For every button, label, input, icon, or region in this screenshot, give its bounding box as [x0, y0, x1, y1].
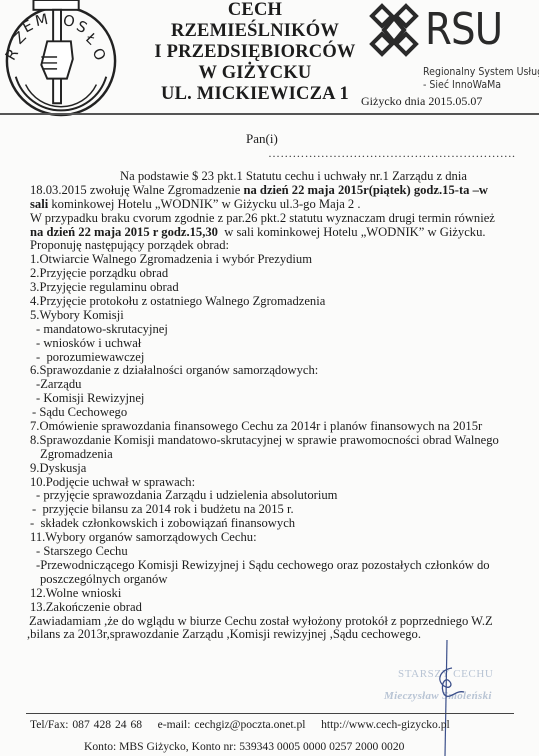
second-term-line-2: na dzień 22 maja 2015 r godz.15,30 w sal…	[30, 226, 530, 240]
agenda-item: - Sądu Cechowego	[30, 406, 530, 420]
document-date: Giżycko dnia 2015.05.07	[361, 94, 482, 109]
agenda-item: 4.Przyjęcie protokołu z ostatniego Walne…	[30, 295, 530, 309]
meeting-date-bold: na dzień 22 maja 2015r(piątek) godz.15-t…	[243, 183, 488, 197]
agenda-item: - przyjęcie bilansu za 2014 rok i budżet…	[30, 503, 530, 517]
rsu-knot-icon	[368, 2, 420, 58]
agenda-item: - Komisji Rewizyjnej	[30, 392, 530, 406]
second-term-date-bold: na dzień 22 maja 2015 r godz.15,30	[30, 225, 218, 239]
agenda-item: 8.Sprawozdanie Komisji mandatowo-skrutac…	[30, 434, 530, 448]
agenda-item: - mandatowo-skrutacyjnej	[30, 323, 530, 337]
footer-email-link[interactable]: e-mail: cechgiz@poczta.onet.pl	[158, 718, 306, 731]
footer-divider	[26, 713, 514, 714]
letter-body: Na podstawie $ 23 pkt.1 Statutu cechu i …	[30, 170, 530, 642]
svg-text:R: R	[2, 46, 22, 63]
agenda-item: 11.Wybory organów samorządowych Cechu:	[30, 531, 530, 545]
agenda-intro: Proponuję następujący porządek obrad:	[30, 239, 530, 253]
agenda-item: 3.Przyjęcie regulaminu obrad	[30, 281, 530, 295]
svg-text:S: S	[73, 18, 89, 37]
footer-phone: Tel/Fax: 087 428 24 68	[30, 718, 142, 731]
agenda-item: 10.Podjęcie uchwał w sprawach:	[30, 476, 530, 490]
venue-bold: sali	[30, 197, 48, 211]
agenda-item: - Starszego Cechu	[30, 545, 530, 559]
agenda-item: - wniosków i uchwał	[30, 337, 530, 351]
agenda-item: - porozumiewawczej	[30, 351, 530, 365]
intro-line-3: sali kominkowej Hotelu „WODNIK” w Giżyck…	[30, 198, 530, 212]
agenda-item: -Przewodniczącego Komisji Rewizyjnej i S…	[30, 559, 530, 573]
agenda-item: 7.Omówienie sprawozdania finansowego Cec…	[30, 420, 530, 434]
rsu-logo-text: RSU	[425, 6, 502, 54]
rsu-subtitle: Regionalny System Usług	[423, 66, 539, 78]
agenda-item: 9.Dyskusja	[30, 462, 530, 476]
intro-line-2-plain: 18.03.2015 zwołuję Walne Zgromadzenie	[30, 183, 243, 197]
rsu-network-name: - Sieć InnoWaMa	[423, 79, 501, 91]
agenda-item: poszczególnych organów	[30, 573, 530, 587]
header-line-1: CECH	[135, 0, 375, 21]
header-line-3: I PRZEDSIĘBIORCÓW	[135, 42, 375, 63]
agenda-item: 5.Wybory Komisji	[30, 309, 530, 323]
intro-line-1: Na podstawie $ 23 pkt.1 Statutu cechu i …	[30, 170, 530, 184]
svg-text:O: O	[89, 45, 109, 63]
intro-line-2: 18.03.2015 zwołuję Walne Zgromadzenie na…	[30, 184, 530, 198]
header-line-2: RZEMIEŚLNIKÓW	[135, 21, 375, 42]
header-line-4: W GIŻYCKU	[135, 63, 375, 84]
agenda-item: Zgromadzenia	[30, 448, 530, 462]
footer-contact: Tel/Fax: 087 428 24 68 e-mail: cechgiz@p…	[30, 718, 530, 731]
agenda-item: - składek członkowskich i zobowiązań fin…	[30, 517, 530, 531]
agenda-item: 1.Otwiarcie Walnego Zgromadzenia i wybór…	[30, 253, 530, 267]
agenda-item: 13.Zakończenie obrad	[30, 601, 530, 615]
handwritten-signature-icon	[430, 640, 480, 756]
closing-line-1: Zawiadamiam ,że do wglądu w biurze Cechu…	[29, 615, 530, 629]
agenda-item: -Zarządu	[30, 378, 530, 392]
footer-website-link[interactable]: http://www.cech-gizycko.pl	[321, 718, 450, 731]
second-term-venue: w sali kominkowej Hotelu „WODNIK” w Giży…	[218, 225, 486, 239]
header-divider	[0, 113, 539, 115]
rzemioslo-emblem-icon: R Z E M O S Ł O	[2, 0, 120, 118]
second-term-line-1: W przypadku braku cvorum zgodnie z par.2…	[30, 212, 530, 226]
addressee-blank-line: …………………………………………………….	[268, 146, 515, 161]
agenda-item: 6.Sprawozdanie z działalności organów sa…	[30, 364, 530, 378]
agenda-item: - przyjęcie sprawozdania Zarządu i udzie…	[30, 489, 530, 503]
venue-text: kominkowej Hotelu „WODNIK” w Giżycku ul.…	[48, 197, 360, 211]
organization-header: CECH RZEMIEŚLNIKÓW I PRZEDSIĘBIORCÓW W G…	[135, 0, 375, 105]
svg-text:O: O	[62, 12, 76, 31]
agenda-item: 12.Wolne wnioski	[30, 587, 530, 601]
salutation: Pan(i)	[246, 131, 278, 147]
svg-text:M: M	[34, 11, 50, 30]
header-line-5: UL. MICKIEWICZA 1	[135, 84, 375, 105]
footer-bank-account: Konto: MBS Giżycko, Konto nr: 539343 000…	[84, 740, 404, 753]
agenda-item: 2.Przyjęcie porządku obrad	[30, 267, 530, 281]
agenda-list: 1.Otwiarcie Walnego Zgromadzenia i wybór…	[30, 253, 530, 614]
